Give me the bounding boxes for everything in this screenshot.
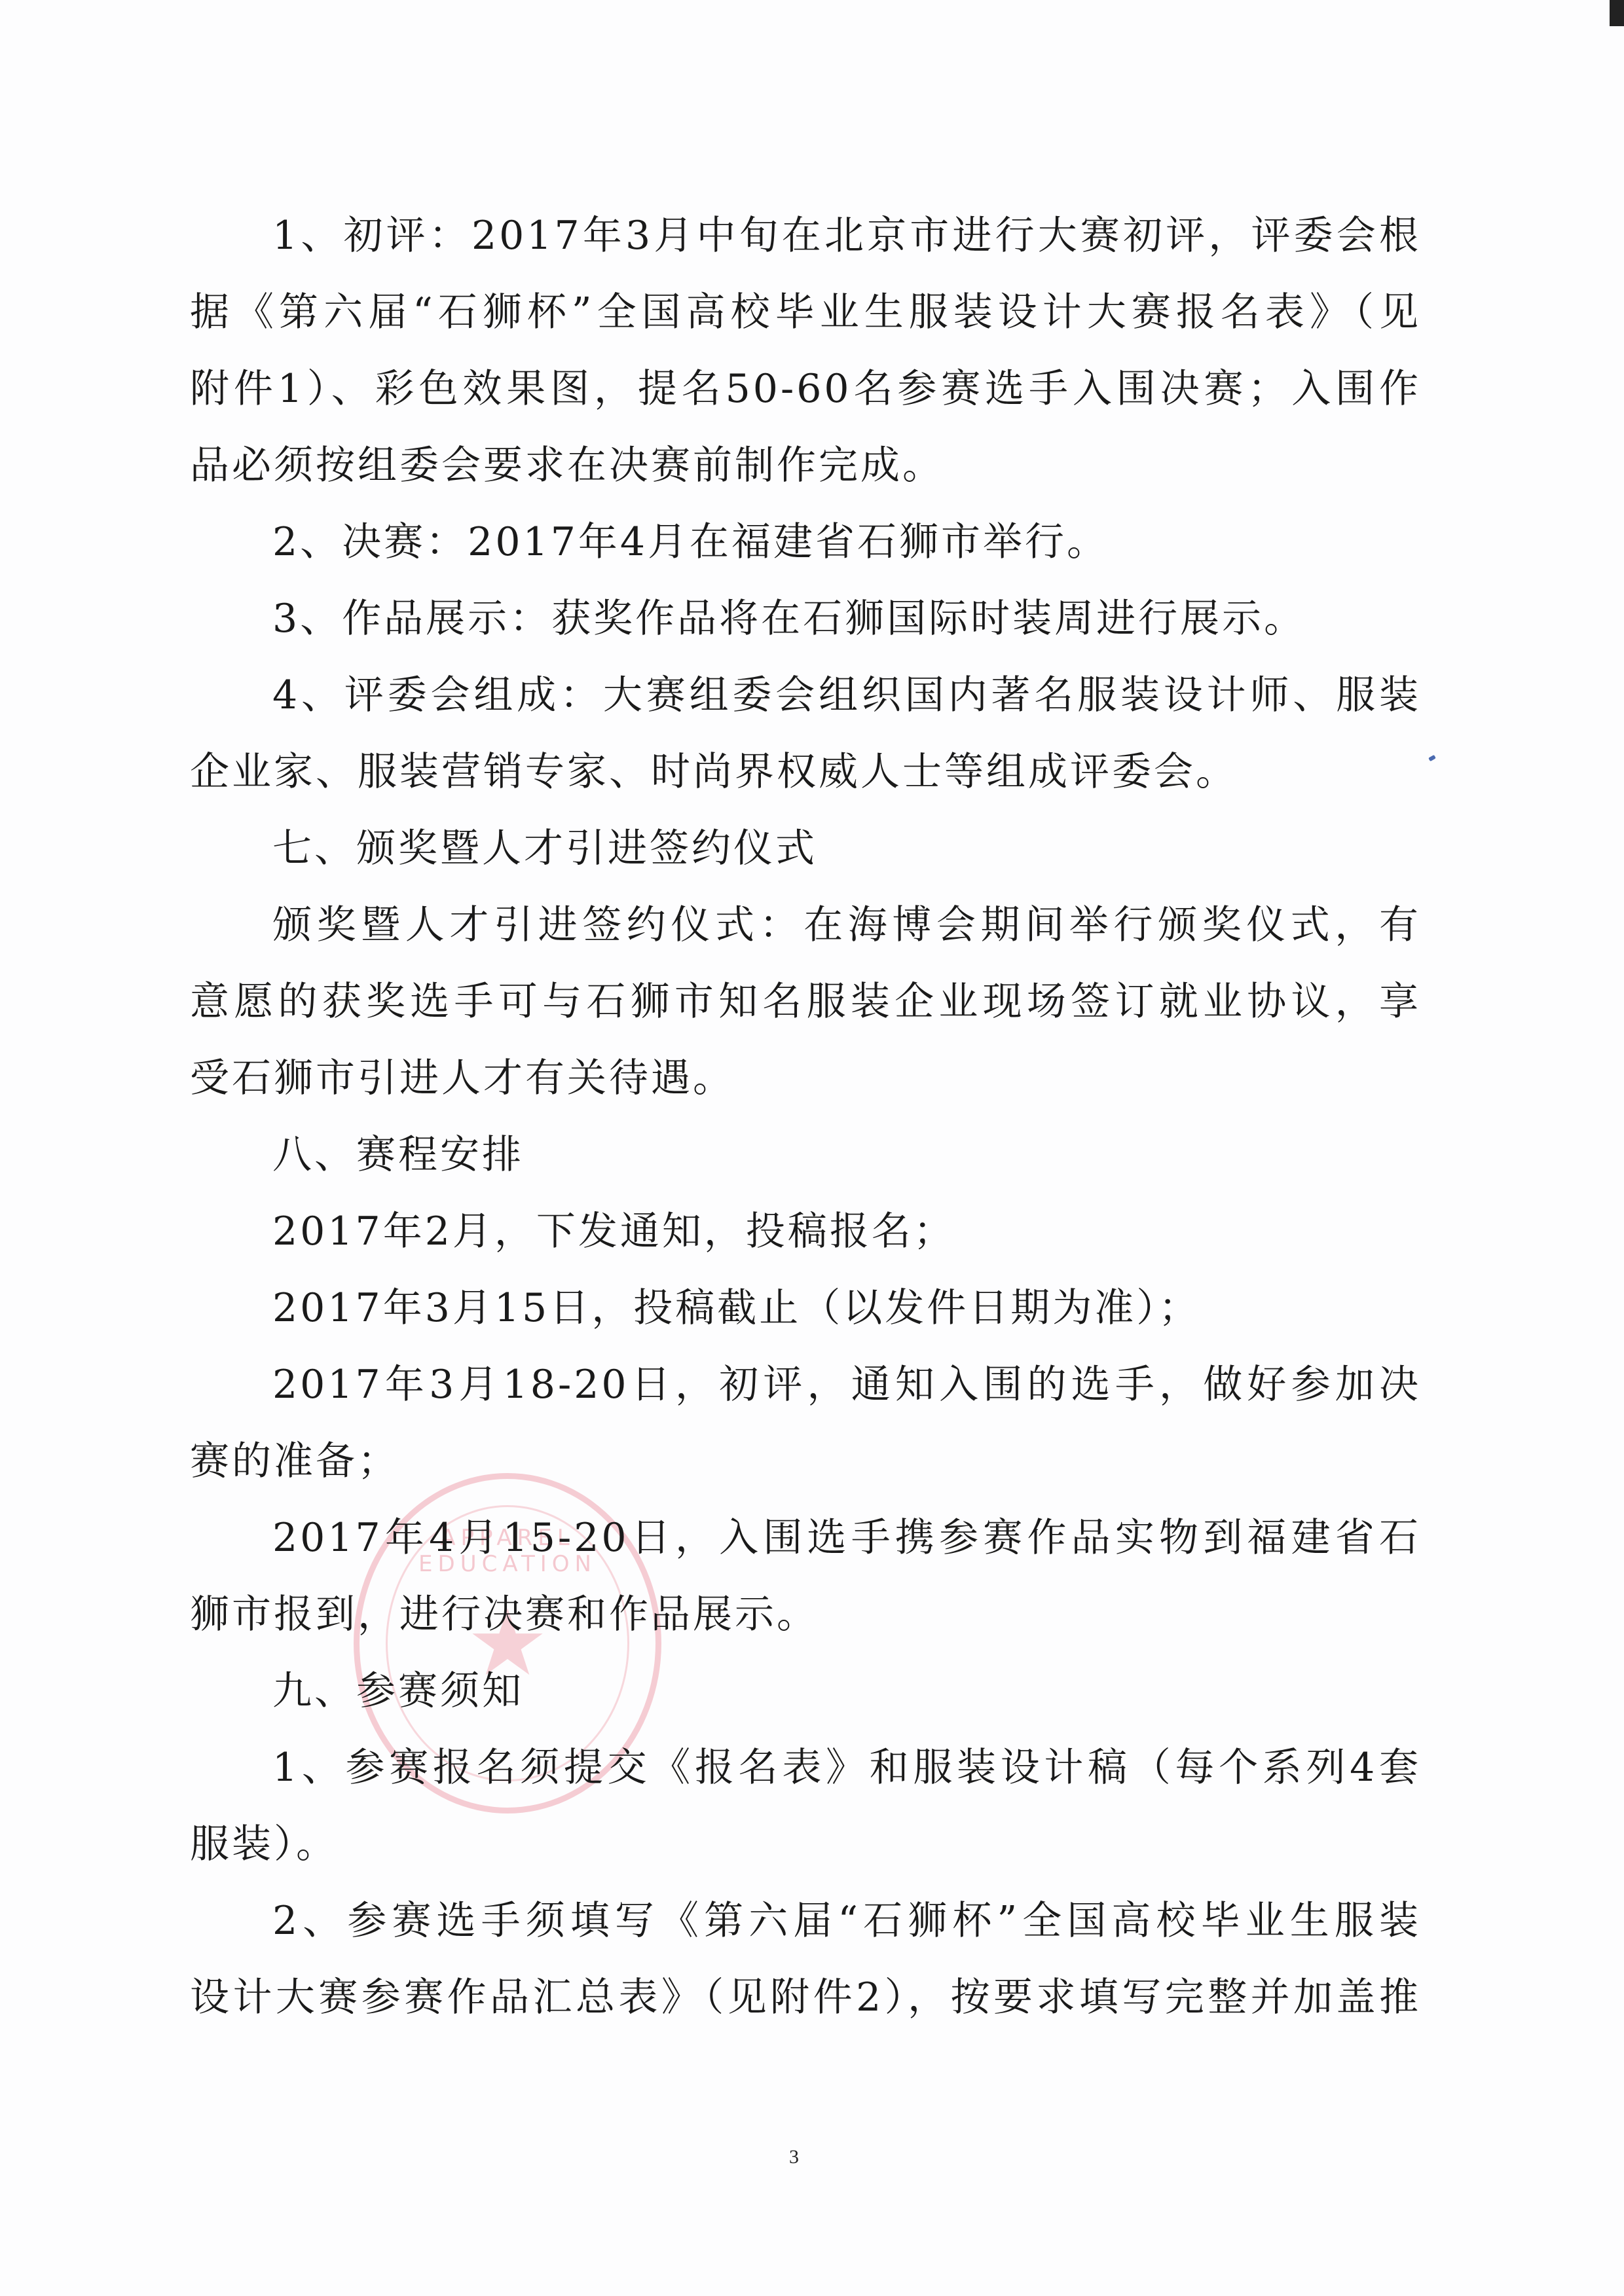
- paragraph-line: 受石狮市引进人才有关待遇。: [190, 1059, 1421, 1098]
- paragraph-line: 3、作品展示：获奖作品将在石狮国际时装周进行展示。: [272, 599, 1421, 638]
- schedule-item: 2017年4月15-20日，入围选手携参赛作品实物到福建省石: [272, 1518, 1421, 1558]
- section-heading: 七、颁奖暨人才引进签约仪式: [272, 829, 1421, 868]
- paragraph-line: 服装）。: [190, 1825, 1421, 1864]
- section-heading: 九、参赛须知: [272, 1671, 1421, 1711]
- paragraph-line: 颁奖暨人才引进签约仪式：在海博会期间举行颁奖仪式，有: [272, 905, 1421, 945]
- paragraph-line: 据《第六届“石狮杯”全国高校毕业生服装设计大赛报名表》（见: [190, 293, 1421, 332]
- schedule-item: 2017年2月，下发通知，投稿报名；: [272, 1212, 1421, 1251]
- paragraph-line: 意愿的获奖选手可与石狮市知名服装企业现场签订就业协议，享: [190, 982, 1421, 1021]
- paragraph-line: 品必须按组委会要求在决赛前制作完成。: [190, 446, 1421, 485]
- ink-speck: [1428, 755, 1436, 761]
- paragraph-line: 1、初评：2017年3月中旬在北京市进行大赛初评，评委会根: [272, 216, 1421, 255]
- paragraph-line: 2、决赛：2017年4月在福建省石狮市举行。: [272, 522, 1421, 562]
- paragraph-line: 1、参赛报名须提交《报名表》和服装设计稿（每个系列4套: [272, 1748, 1421, 1787]
- paragraph-line: 4、评委会组成：大赛组委会组织国内著名服装设计师、服装: [272, 676, 1421, 715]
- schedule-item: 2017年3月15日，投稿截止（以发件日期为准）；: [272, 1288, 1421, 1328]
- schedule-item: 狮市报到，进行决赛和作品展示。: [190, 1595, 1421, 1634]
- scan-edge-mark: [1610, 0, 1624, 26]
- paragraph-line: 设计大赛参赛作品汇总表》（见附件2），按要求填写完整并加盖推: [190, 1978, 1421, 2017]
- page-number: 3: [789, 2146, 799, 2168]
- schedule-item: 赛的准备；: [190, 1442, 1421, 1481]
- paragraph-line: 附件1）、彩色效果图，提名50-60名参赛选手入围决赛；入围作: [190, 369, 1421, 409]
- paragraph-line: 企业家、服装营销专家、时尚界权威人士等组成评委会。: [190, 752, 1421, 792]
- section-heading: 八、赛程安排: [272, 1135, 1421, 1175]
- document-page: APPAREL EDUCATION ★ 1、初评：2017年3月中旬在北京市进行…: [0, 0, 1624, 2296]
- schedule-item: 2017年3月18-20日，初评，通知入围的选手，做好参加决: [272, 1365, 1421, 1404]
- paragraph-line: 2、参赛选手须填写《第六届“石狮杯”全国高校毕业生服装: [272, 1901, 1421, 1941]
